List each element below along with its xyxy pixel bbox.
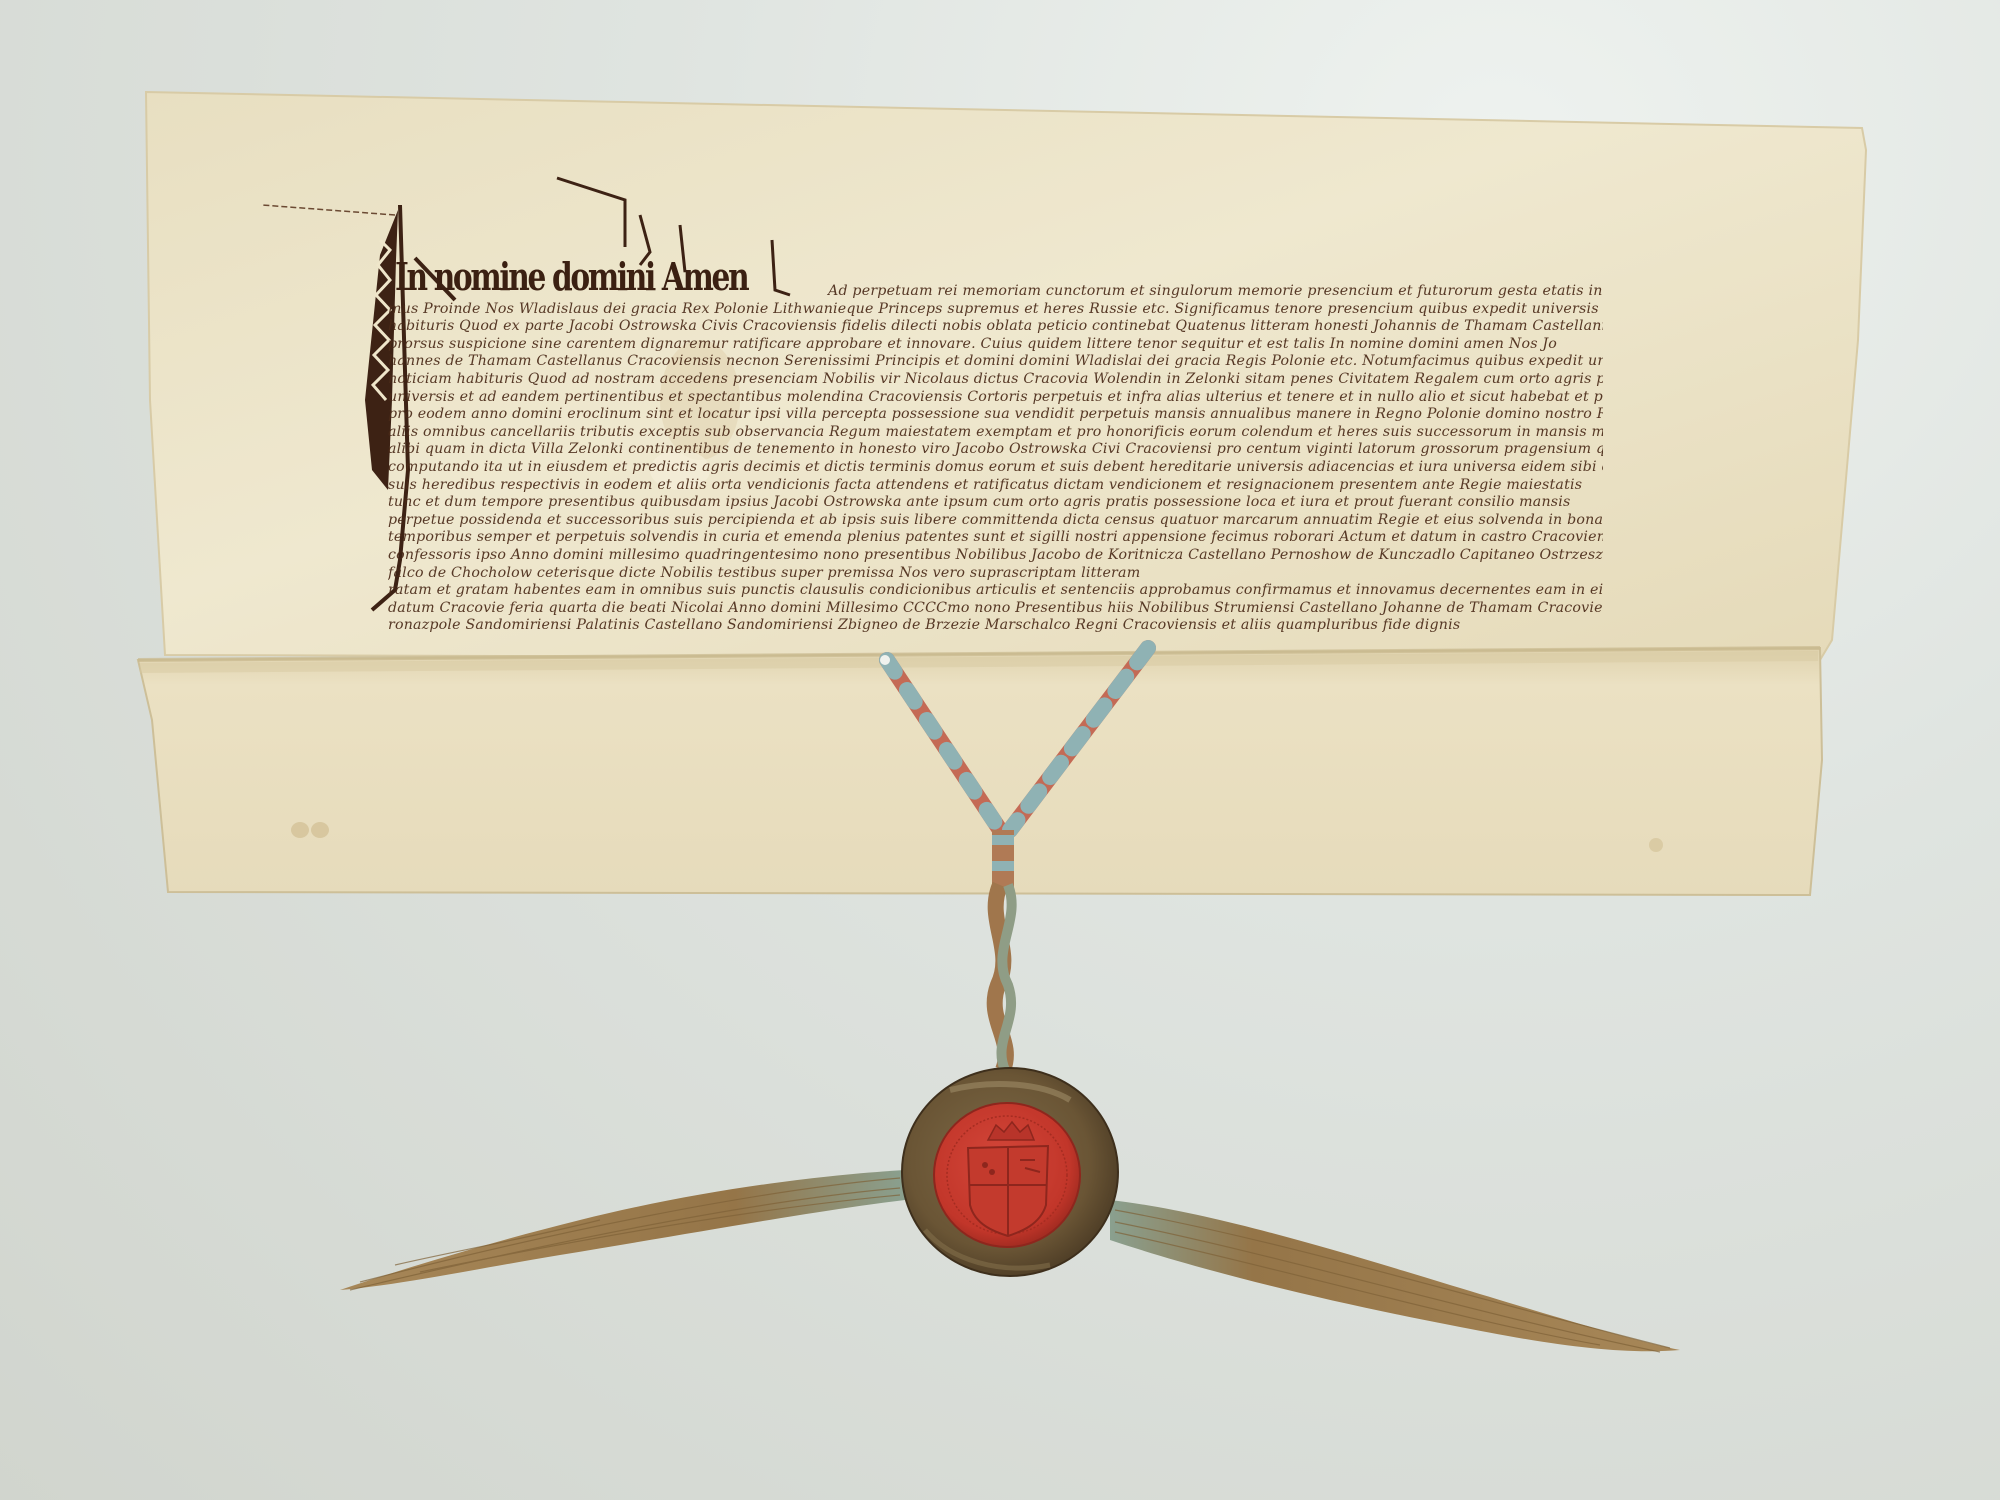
text-line: suis heredibus respectivis in eodem et a…: [388, 477, 1603, 495]
parchment-plica: [138, 648, 1822, 895]
text-line: computando ita ut in eiusdem et predicti…: [388, 459, 1603, 477]
text-line: universis et ad eandem pertinentibus et …: [388, 389, 1603, 407]
text-line: hannes de Thamam Castellanus Cracoviensi…: [388, 353, 1603, 371]
charter-text: Ad perpetuam rei memoriam cunctorum et s…: [388, 283, 1603, 643]
text-line: habituris Quod ex parte Jacobi Ostrowska…: [388, 318, 1603, 336]
wax-seal: [902, 1068, 1118, 1276]
charter-illustration: [0, 0, 2000, 1500]
text-line: perpetue possidenda et successoribus sui…: [388, 512, 1603, 530]
text-line: mus Proinde Nos Wladislaus dei gracia Re…: [388, 301, 1603, 319]
text-line: alibi quam in dicta Villa Zelonki contin…: [388, 441, 1603, 459]
text-line: ronazpole Sandomiriensi Palatinis Castel…: [388, 617, 1603, 635]
text-line: prorsus suspicione sine carentem dignare…: [388, 336, 1603, 354]
text-line: pro eodem anno domini eroclinum sint et …: [388, 406, 1603, 424]
text-line: confessoris ipso Anno domini millesimo q…: [388, 547, 1603, 565]
text-line: ratam et gratam habentes eam in omnibus …: [388, 582, 1603, 600]
text-line: noticiam habituris Quod ad nostram acced…: [388, 371, 1603, 389]
text-line: temporibus semper et perpetuis solvendis…: [388, 529, 1603, 547]
text-line: aliis omnibus cancellariis tributis exce…: [388, 424, 1603, 442]
text-line: tunc et dum tempore presentibus quibusda…: [388, 494, 1603, 512]
charter-photograph: In nomine domini Amen Ad perpetuam rei m…: [0, 0, 2000, 1500]
text-line: Ad perpetuam rei memoriam cunctorum et s…: [388, 283, 1603, 301]
text-line: falco de Chocholow ceterisque dicte Nobi…: [388, 565, 1603, 583]
text-line: datum Cracovie feria quarta die beati Ni…: [388, 600, 1603, 618]
